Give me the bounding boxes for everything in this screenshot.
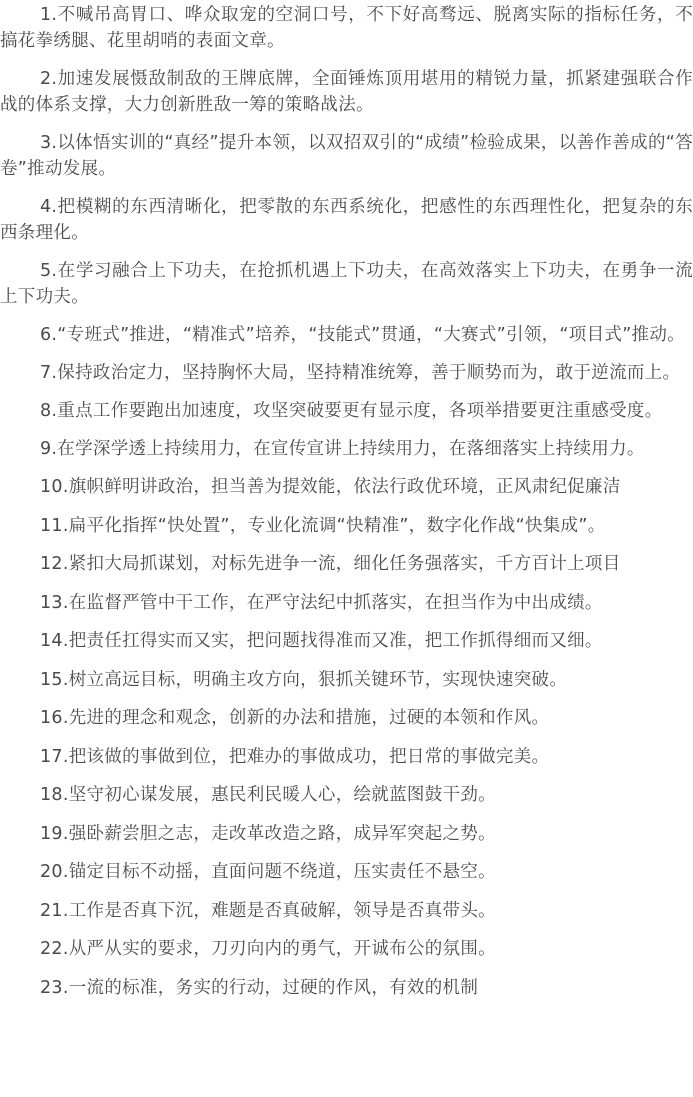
list-item: 10.旗帜鲜明讲政治，担当善为提效能，依法行政优环境，正风肃纪促廉洁 xyxy=(0,474,693,513)
list-item: 23.一流的标准，务实的行动，过硬的作风，有效的机制 xyxy=(0,975,693,1014)
list-item: 5.在学习融合上下功夫，在抢抓机遇上下功夫，在高效落实上下功夫，在勇争一流上下功… xyxy=(0,258,693,310)
list-item: 6.“专班式”推进，“精准式”培养，“技能式”贯通，“大赛式”引领，“项目式”推… xyxy=(0,322,693,348)
list-item: 19.强卧薪尝胆之志，走改革改造之路，成异军突起之势。 xyxy=(0,821,693,860)
list-item: 17.把该做的事做到位，把难办的事做成功，把日常的事做完美。 xyxy=(0,744,693,783)
list-item: 18.坚守初心谋发展，惠民利民暖人心，绘就蓝图鼓干劲。 xyxy=(0,782,693,821)
list-item: 2.加速发展慑敌制敌的王牌底牌，全面锤炼顶用堪用的精锐力量，抓紧建强联合作战的体… xyxy=(0,66,693,118)
list-item: 8.重点工作要跑出加速度，攻坚突破要更有显示度，各项举措要更注重感受度。 xyxy=(0,398,693,424)
list-item: 12.紧扣大局抓谋划，对标先进争一流，细化任务强落实，千方百计上项目 xyxy=(0,551,693,590)
list-item: 1.不喊吊高胃口、哗众取宠的空洞口号，不下好高骛远、脱离实际的指标任务，不搞花拳… xyxy=(0,2,693,54)
list-item: 21.工作是否真下沉，难题是否真破解，领导是否真带头。 xyxy=(0,898,693,937)
list-item: 22.从严从实的要求，刀刃向内的勇气，开诚布公的氛围。 xyxy=(0,936,693,975)
document-body: 1.不喊吊高胃口、哗众取宠的空洞口号，不下好高骛远、脱离实际的指标任务，不搞花拳… xyxy=(0,0,693,1013)
list-item: 13.在监督严管中干工作，在严守法纪中抓落实，在担当作为中出成绩。 xyxy=(0,590,693,629)
list-item: 3.以体悟实训的“真经”提升本领，以双招双引的“成绩”检验成果，以善作善成的“答… xyxy=(0,130,693,182)
list-item: 7.保持政治定力，坚持胸怀大局，坚持精准统筹，善于顺势而为，敢于逆流而上。 xyxy=(0,360,693,386)
list-item: 14.把责任扛得实而又实，把问题找得准而又准，把工作抓得细而又细。 xyxy=(0,628,693,667)
list-item: 4.把模糊的东西清晰化，把零散的东西系统化，把感性的东西理性化，把复杂的东西条理… xyxy=(0,194,693,246)
list-item: 11.扁平化指挥“快处置”，专业化流调“快精准”，数字化作战“快集成”。 xyxy=(0,513,693,552)
list-item: 15.树立高远目标，明确主攻方向，狠抓关键环节，实现快速突破。 xyxy=(0,667,693,706)
list-item: 9.在学深学透上持续用力，在宣传宣讲上持续用力，在落细落实上持续用力。 xyxy=(0,436,693,462)
list-item: 20.锚定目标不动摇，直面问题不绕道，压实责任不悬空。 xyxy=(0,859,693,898)
list-item: 16.先进的理念和观念，创新的办法和措施，过硬的本领和作风。 xyxy=(0,705,693,744)
